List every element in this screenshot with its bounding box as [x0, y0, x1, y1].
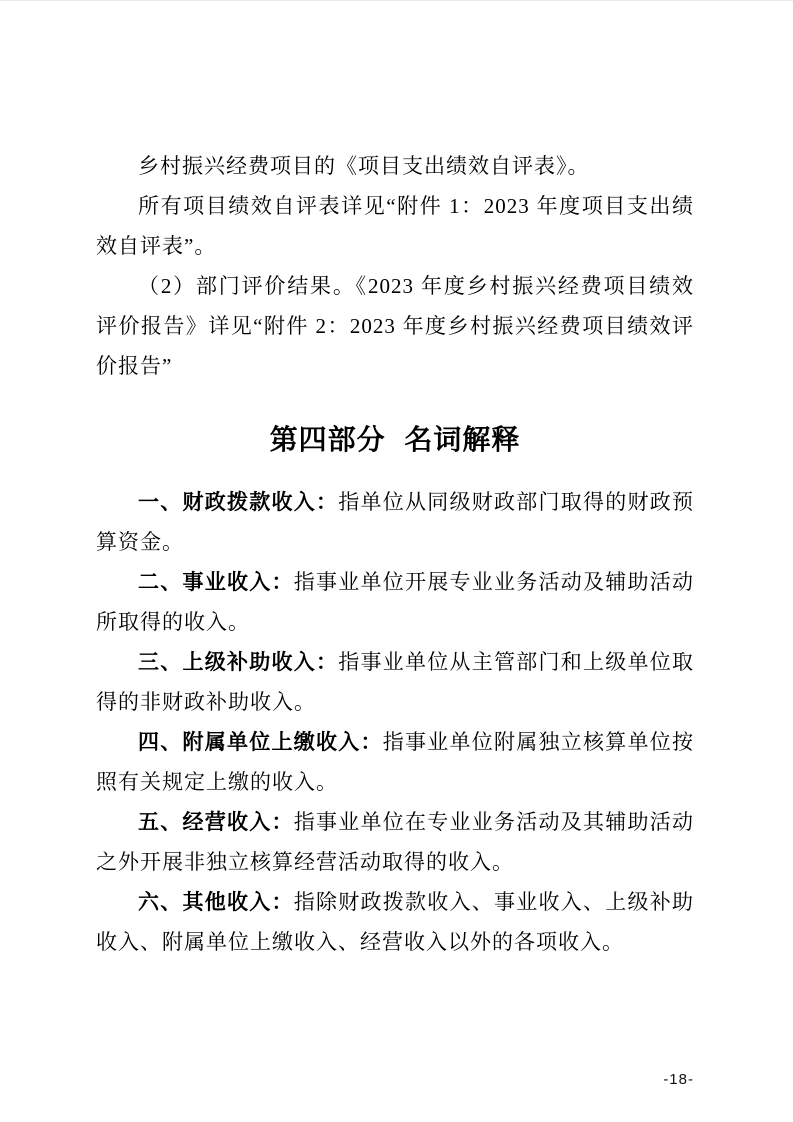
- definition-term-1: 一、财政拨款收入：: [138, 490, 338, 514]
- intro-paragraph-3: （2）部门评价结果。《2023 年度乡村振兴经费项目绩效评价报告》详见“附件 2…: [96, 266, 694, 386]
- page-number: -18-: [663, 1071, 694, 1088]
- document-body: 乡村振兴经费项目的《项目支出绩效自评表》。 所有项目绩效自评表详见“附件 1：2…: [96, 146, 694, 962]
- document-page: 乡村振兴经费项目的《项目支出绩效自评表》。 所有项目绩效自评表详见“附件 1：2…: [0, 0, 793, 1122]
- definition-term-5: 五、经营收入：: [138, 810, 294, 834]
- intro-paragraph-1: 乡村振兴经费项目的《项目支出绩效自评表》。: [96, 146, 694, 186]
- definition-item-6: 六、其他收入：指除财政拨款收入、事业收入、上级补助收入、附属单位上缴收入、经营收…: [96, 882, 694, 962]
- definition-item-4: 四、附属单位上缴收入：指事业单位附属独立核算单位按照有关规定上缴的收入。: [96, 722, 694, 802]
- definition-item-1: 一、财政拨款收入：指单位从同级财政部门取得的财政预算资金。: [96, 482, 694, 562]
- definition-item-5: 五、经营收入：指事业单位在专业业务活动及其辅助活动之外开展非独立核算经营活动取得…: [96, 802, 694, 882]
- section-heading: 第四部分 名词解释: [96, 418, 694, 462]
- definition-term-4: 四、附属单位上缴收入：: [138, 730, 383, 754]
- definition-item-2: 二、事业收入：指事业单位开展专业业务活动及辅助活动所取得的收入。: [96, 562, 694, 642]
- intro-paragraph-2: 所有项目绩效自评表详见“附件 1：2023 年度项目支出绩效自评表”。: [96, 186, 694, 266]
- definition-term-2: 二、事业收入：: [138, 570, 294, 594]
- definition-term-6: 六、其他收入：: [138, 890, 294, 914]
- definition-term-3: 三、上级补助收入：: [138, 650, 338, 674]
- definition-item-3: 三、上级补助收入：指事业单位从主管部门和上级单位取得的非财政补助收入。: [96, 642, 694, 722]
